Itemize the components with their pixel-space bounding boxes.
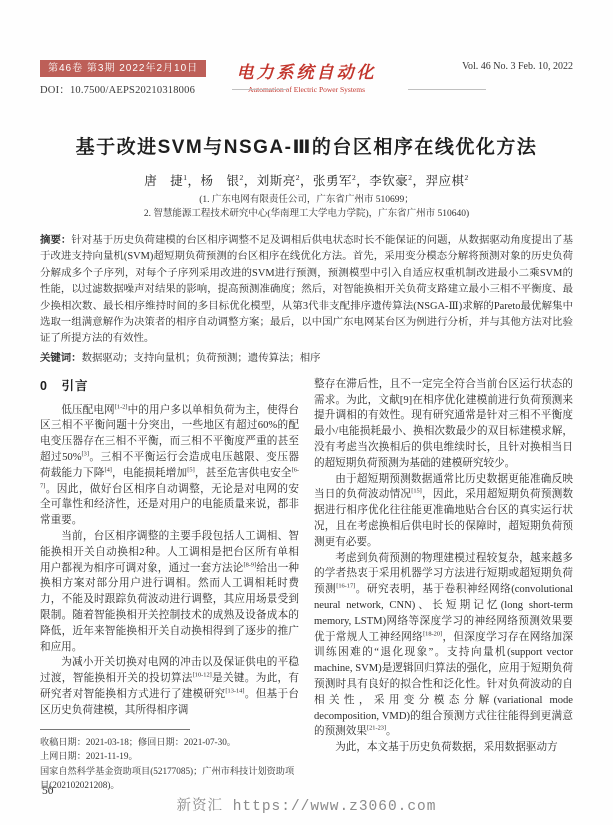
paragraph: 由于超短期预测数据通常比历史数据更能准确反映当日的负荷波动情况[15]，因此，采… <box>314 472 573 551</box>
footnote-online-date: 上网日期：2021-11-19。 <box>40 749 299 764</box>
watermark: 新资汇 https://www.z3060.com <box>0 794 613 815</box>
keywords-text: 数据驱动；支持向量机；负荷预测；遗传算法；相序 <box>82 353 321 364</box>
body-columns: 0 引言 低压配电网[1-2]中的用户多以单相负荷为主，使得台区三相不平衡问题十… <box>40 377 573 793</box>
header-rule-right <box>408 89 486 90</box>
abstract-block: 摘要：针对基于历史负荷建模的台区相序调整不足及调相后供电状态时长不能保证的问题，… <box>40 233 573 348</box>
abstract-text: 针对基于历史负荷建模的台区相序调整不足及调相后供电状态时长不能保证的问题，从数据… <box>40 235 573 344</box>
footnote-funding: 国家自然科学基金资助项目(52177085)；广州市科技计划资助项目(20210… <box>40 764 299 793</box>
authors-line: 唐 捷1，杨 银2，刘斯亮2，张勇军2，李钦豪2，羿应棋2 <box>40 171 573 189</box>
journal-logo: 电力系统自动化 Automation of Electric Power Sys… <box>192 58 422 94</box>
paragraph: 为减小开关切换对电网的冲击以及保证供电的平稳过渡，智能换相开关的投切算法[10-… <box>40 655 299 718</box>
paragraph: 整存在滞后性，且不一定完全符合当前台区运行状态的需求。为此，文献[9]在相序优化… <box>314 377 573 472</box>
paragraph: 低压配电网[1-2]中的用户多以单相负荷为主，使得台区三相不平衡问题十分突出，一… <box>40 403 299 529</box>
paragraph: 为此，本文基于历史负荷数据，采用数据驱动方 <box>314 740 573 756</box>
footnotes-block: 收稿日期：2021-03-18；修回日期：2021-07-30。 上网日期：20… <box>40 729 299 793</box>
header-rule-left <box>232 89 288 90</box>
affiliation-line-2: 2. 智慧能源工程技术研究中心(华南理工大学电力学院)，广东省广州市 51064… <box>40 208 573 222</box>
right-column: 整存在滞后性，且不一定完全符合当前台区运行状态的需求。为此，文献[9]在相序优化… <box>314 377 573 793</box>
section-heading: 0 引言 <box>40 379 299 395</box>
keywords-block: 关键词：数据驱动；支持向量机；负荷预测；遗传算法；相序 <box>40 351 573 367</box>
journal-title-en: Automation of Electric Power Systems <box>192 85 422 94</box>
keywords-label: 关键词： <box>40 353 82 364</box>
journal-title-cn: 电力系统自动化 <box>192 58 422 83</box>
footnote-divider <box>40 729 190 730</box>
left-column: 0 引言 低压配电网[1-2]中的用户多以单相负荷为主，使得台区三相不平衡问题十… <box>40 377 299 793</box>
footnote-received-date: 收稿日期：2021-03-18；修回日期：2021-07-30。 <box>40 735 299 750</box>
affiliation-line-1: (1. 广东电网有限责任公司，广东省广州市 510699； <box>40 194 573 208</box>
journal-header: 第46卷 第3期 2022年2月10日 DOI：10.7500/AEPS2021… <box>40 58 573 104</box>
abstract-label: 摘要： <box>40 235 71 246</box>
volume-info: Vol. 46 No. 3 Feb. 10, 2022 <box>462 61 573 72</box>
issue-badge: 第46卷 第3期 2022年2月10日 <box>40 60 206 77</box>
affiliations: (1. 广东电网有限责任公司，广东省广州市 510699； 2. 智慧能源工程技… <box>40 194 573 221</box>
paper-page: 第46卷 第3期 2022年2月10日 DOI：10.7500/AEPS2021… <box>0 0 613 825</box>
paragraph: 当前，台区相序调整的主要手段包括人工调相、智能换相开关自动换相2种。人工调相是把… <box>40 529 299 655</box>
paragraph: 考虑到负荷预测的物理建模过程较复杂，越来越多的学者热衷于采用机器学习方法进行短期… <box>314 551 573 741</box>
article-title: 基于改进SVM与NSGA-Ⅲ的台区相序在线优化方法 <box>40 132 573 159</box>
